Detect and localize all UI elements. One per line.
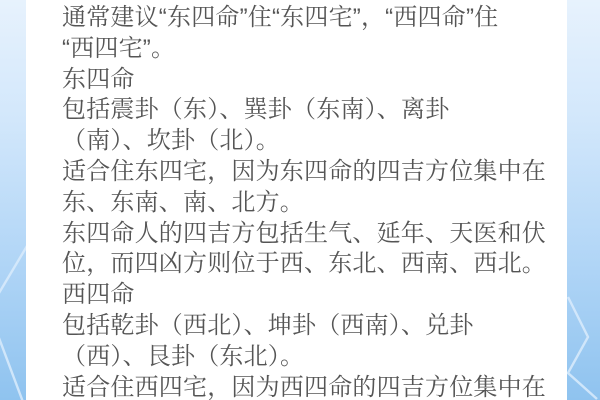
right-decorative-band [567, 0, 600, 400]
text-line-heading-east: 东四命 [62, 65, 567, 96]
text-line: 适合住东四宅，因为东四命的四吉方位集中在 [62, 157, 567, 188]
text-line: 位，而四凶方则位于西、东北、西南、西北。 [62, 249, 567, 280]
text-line: 通常建议“东四命”住“东四宅”，“西四命”住 [62, 3, 567, 34]
left-decorative-band [0, 0, 26, 400]
text-line: 东四命人的四吉方包括生气、延年、天医和伏 [62, 219, 567, 250]
text-line: 东、东南、南、北方。 [62, 188, 567, 219]
text-line-heading-west: 西四命 [62, 280, 567, 311]
text-line: （南）、坎卦（北）。 [62, 126, 567, 157]
text-line: （西）、艮卦（东北）。 [62, 342, 567, 373]
article-text: 通常建议“东四命”住“东四宅”，“西四命”住 “西四宅”。 东四命 包括震卦（东… [26, 0, 567, 400]
right-diagonal-pattern [567, 0, 600, 400]
text-line: 包括乾卦（西北）、坤卦（西南）、兑卦 [62, 311, 567, 342]
text-line: “西四宅”。 [62, 34, 567, 65]
text-line: 适合住西四宅，因为西四命的四吉方位集中在 [62, 373, 567, 400]
text-line: 包括震卦（东）、巽卦（东南）、离卦 [62, 95, 567, 126]
left-diagonal-pattern [0, 0, 26, 400]
